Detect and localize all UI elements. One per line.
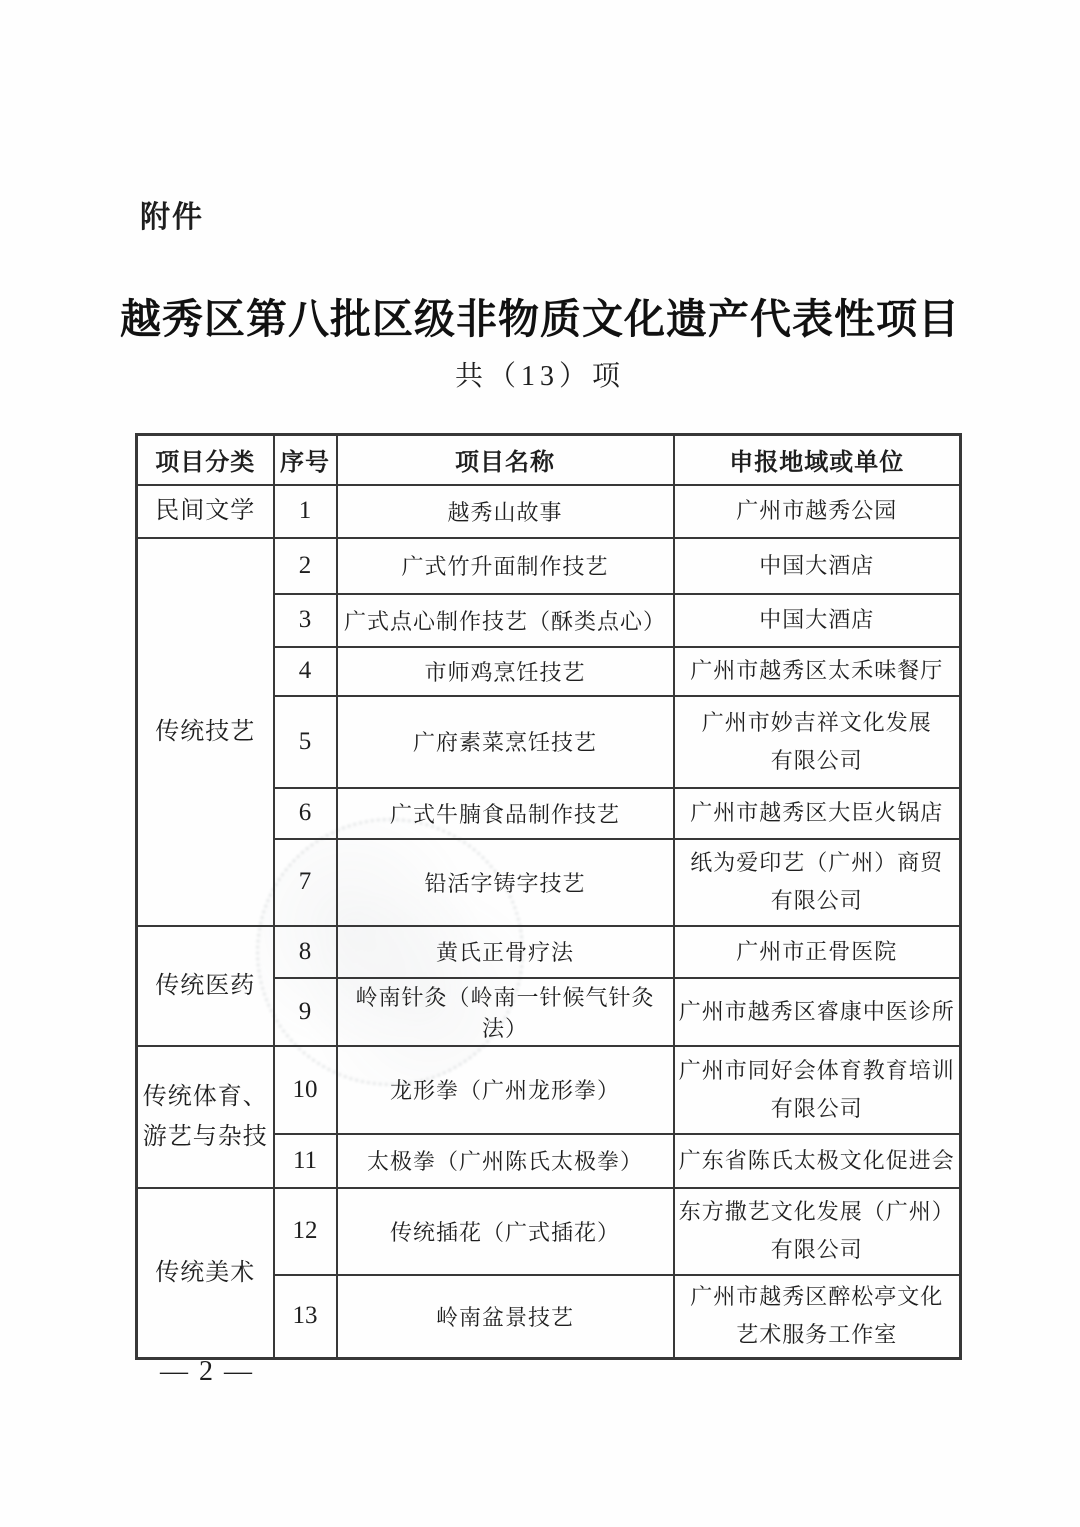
- row-no: 6: [274, 788, 337, 839]
- row-no: 2: [274, 538, 337, 594]
- row-no: 11: [274, 1134, 337, 1188]
- category-cell-sports-acrobatics: 传统体育、 游艺与杂技: [137, 1046, 274, 1188]
- heritage-projects-table: 项目分类 序号 项目名称 申报地域或单位 民间文学 1 越秀山故事 广州市越秀公…: [135, 433, 962, 1360]
- project-name: 铅活字铸字技艺: [337, 839, 674, 926]
- header-no: 序号: [274, 435, 337, 485]
- applicant-unit: 广州市同好会体育教育培训 有限公司: [674, 1046, 961, 1134]
- project-name: 龙形拳（广州龙形拳）: [337, 1046, 674, 1134]
- applicant-unit: 广州市越秀区太禾味餐厅: [674, 647, 961, 696]
- row-no: 8: [274, 926, 337, 978]
- project-name: 广式点心制作技艺（酥类点心）: [337, 594, 674, 647]
- header-name: 项目名称: [337, 435, 674, 485]
- project-name: 广府素菜烹饪技艺: [337, 696, 674, 788]
- project-name: 广式竹升面制作技艺: [337, 538, 674, 594]
- project-name: 广式牛腩食品制作技艺: [337, 788, 674, 839]
- project-name: 越秀山故事: [337, 485, 674, 538]
- table-row: 传统医药 8 黄氏正骨疗法 广州市正骨医院: [137, 926, 961, 978]
- row-no: 10: [274, 1046, 337, 1134]
- header-unit: 申报地域或单位: [674, 435, 961, 485]
- page-number: — 2 —: [160, 1356, 254, 1388]
- applicant-unit: 广州市正骨医院: [674, 926, 961, 978]
- item-count-subtitle: 共（13）项: [0, 354, 1080, 394]
- row-no: 13: [274, 1275, 337, 1359]
- page-title: 越秀区第八批区级非物质文化遗产代表性项目: [0, 286, 1080, 345]
- project-name: 市师鸡烹饪技艺: [337, 647, 674, 696]
- category-cell-traditional-craft: 传统技艺: [137, 538, 274, 926]
- row-no: 1: [274, 485, 337, 538]
- project-name: 太极拳（广州陈氏太极拳）: [337, 1134, 674, 1188]
- table-header-row: 项目分类 序号 项目名称 申报地域或单位: [137, 435, 961, 485]
- applicant-unit: 广州市妙吉祥文化发展 有限公司: [674, 696, 961, 788]
- row-no: 7: [274, 839, 337, 926]
- row-no: 4: [274, 647, 337, 696]
- applicant-unit: 广州市越秀公园: [674, 485, 961, 538]
- header-category: 项目分类: [137, 435, 274, 485]
- category-cell-traditional-medicine: 传统医药: [137, 926, 274, 1046]
- table-row: 传统美术 12 传统插花（广式插花） 东方撒艺文化发展（广州） 有限公司: [137, 1188, 961, 1275]
- project-name: 传统插花（广式插花）: [337, 1188, 674, 1275]
- table-row: 民间文学 1 越秀山故事 广州市越秀公园: [137, 485, 961, 538]
- project-name: 岭南针灸（岭南一针候气针灸法）: [337, 978, 674, 1046]
- row-no: 5: [274, 696, 337, 788]
- applicant-unit: 广州市越秀区大臣火锅店: [674, 788, 961, 839]
- document-page: 附件 越秀区第八批区级非物质文化遗产代表性项目 共（13）项 项目分类 序号 项…: [0, 0, 1080, 1527]
- applicant-unit: 广州市越秀区睿康中医诊所: [674, 978, 961, 1046]
- applicant-unit: 中国大酒店: [674, 538, 961, 594]
- row-no: 3: [274, 594, 337, 647]
- applicant-unit: 中国大酒店: [674, 594, 961, 647]
- applicant-unit: 广东省陈氏太极文化促进会: [674, 1134, 961, 1188]
- table-row: 传统体育、 游艺与杂技 10 龙形拳（广州龙形拳） 广州市同好会体育教育培训 有…: [137, 1046, 961, 1134]
- table-row: 传统技艺 2 广式竹升面制作技艺 中国大酒店: [137, 538, 961, 594]
- row-no: 12: [274, 1188, 337, 1275]
- project-name: 黄氏正骨疗法: [337, 926, 674, 978]
- attachment-label: 附件: [140, 192, 204, 236]
- applicant-unit: 纸为爱印艺（广州）商贸 有限公司: [674, 839, 961, 926]
- applicant-unit: 东方撒艺文化发展（广州） 有限公司: [674, 1188, 961, 1275]
- category-cell-traditional-art: 传统美术: [137, 1188, 274, 1359]
- row-no: 9: [274, 978, 337, 1046]
- applicant-unit: 广州市越秀区醉松亭文化 艺术服务工作室: [674, 1275, 961, 1359]
- category-cell-folk-literature: 民间文学: [137, 485, 274, 538]
- project-name: 岭南盆景技艺: [337, 1275, 674, 1359]
